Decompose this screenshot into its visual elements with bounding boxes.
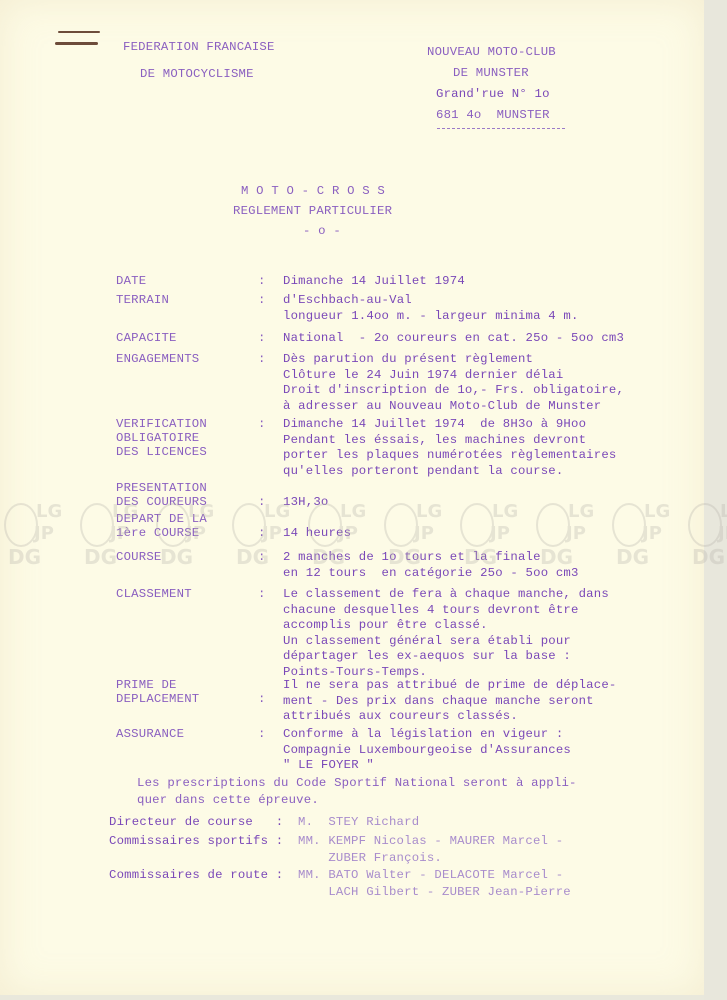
federation-line2: DE MOTOCYCLISME [140,67,254,81]
rule-colon: : [258,550,266,564]
rule-label: ASSURANCE [116,727,184,741]
rule-value: d'Eschbach-au-Val [283,293,412,307]
rule-value: 13H,3o [283,495,328,509]
rule-value: Droit d'inscription de 1o,- Frs. obligat… [283,383,624,397]
dashed-underline [437,128,565,129]
rule-label: PRESENTATION [116,481,207,495]
official-names: ZUBER François. [298,851,442,865]
rule-label: ENGAGEMENTS [116,352,199,366]
note-line1: Les prescriptions du Code Sportif Nation… [137,776,577,790]
rule-colon: : [258,293,266,307]
rule-value: à adresser au Nouveau Moto-Club de Munst… [283,399,601,413]
official-role: Commissaires de route : [109,868,283,882]
rule-value: Points-Tours-Temps. [283,665,427,679]
rule-value: en 12 tours en catégorie 25o - 5oo cm3 [283,566,579,580]
official-names: MM. BATO Walter - DELACOTE Marcel - [298,868,563,882]
rule-value: ment - Des prix dans chaque manche seron… [283,694,594,708]
pen-mark [58,31,100,33]
rule-colon: : [258,587,266,601]
club-postcode: 681 4o MUNSTER [436,108,550,122]
rule-colon: : [258,417,266,431]
rule-value: attribués aux coureurs classés. [283,709,518,723]
rule-label: DEPART DE LA [116,512,207,526]
rule-value: longueur 1.4oo m. - largeur minima 4 m. [283,309,579,323]
rule-colon: : [258,274,266,288]
rule-value: chacune desquelles 4 tours devront être [283,603,579,617]
rule-value: porter les plaques numérotées règlementa… [283,448,617,462]
rule-label: CAPACITE [116,331,177,345]
rule-value: Conforme à la législation en vigeur : [283,727,563,741]
rule-value: Clôture le 24 Juin 1974 dernier délai [283,368,563,382]
rule-value: 2 manches de 1o tours et la finale [283,550,541,564]
rule-value: Compagnie Luxembourgeoise d'Assurances [283,743,571,757]
club-name: NOUVEAU MOTO-CLUB [427,45,556,59]
doc-title: M O T O - C R O S S [241,184,385,198]
scan-edge [704,0,727,1000]
rule-value: " LE FOYER " [283,758,374,772]
pen-mark [55,42,98,45]
rule-label: OBLIGATOIRE [116,431,199,445]
rule-value: départager les ex-aequos sur la base : [283,649,571,663]
official-role: Commissaires sportifs : [109,834,283,848]
rule-value: Un classement général sera établi pour [283,634,571,648]
federation-line1: FEDERATION FRANCAISE [123,40,275,54]
rule-colon: : [258,352,266,366]
rule-label: DATE [116,274,146,288]
rule-label: DES LICENCES [116,445,207,459]
official-names: M. STEY Richard [298,815,419,829]
rule-colon: : [258,692,266,706]
rule-label: 1ère COURSE [116,526,199,540]
rule-label: DES COUREURS [116,495,207,509]
official-role: Directeur de course : [109,815,283,829]
rule-value: Le classement de fera à chaque manche, d… [283,587,609,601]
rule-colon: : [258,526,266,540]
official-names: LACH Gilbert - ZUBER Jean-Pierre [298,885,571,899]
club-city: DE MUNSTER [453,66,529,80]
note-line2: quer dans cette épreuve. [137,793,319,807]
rule-value: qu'elles porteront pendant la course. [283,464,563,478]
rule-value: Dimanche 14 Juillet 1974 [283,274,465,288]
rule-label: VERIFICATION [116,417,207,431]
rule-label: PRIME DE [116,678,177,692]
rule-label: TERRAIN [116,293,169,307]
rule-colon: : [258,495,266,509]
rule-colon: : [258,331,266,345]
doc-separator: - o - [303,224,341,238]
official-names: MM. KEMPF Nicolas - MAURER Marcel - [298,834,563,848]
rule-value: Dimanche 14 Juillet 1974 de 8H3o à 9Hoo [283,417,586,431]
rule-value: Il ne sera pas attribué de prime de dépl… [283,678,617,692]
doc-subtitle: REGLEMENT PARTICULIER [233,204,392,218]
rule-value: 14 heures [283,526,351,540]
rule-label: CLASSEMENT [116,587,192,601]
rule-label: COURSE [116,550,161,564]
rule-label: DEPLACEMENT [116,692,199,706]
rule-value: Pendant les éssais, les machines devront [283,433,586,447]
rule-colon: : [258,727,266,741]
rule-value: accomplis pour être classé. [283,618,488,632]
club-address: Grand'rue N° 1o [436,87,550,101]
rule-value: National - 2o coureurs en cat. 25o - 5oo… [283,331,624,345]
rule-value: Dès parution du présent règlement [283,352,533,366]
